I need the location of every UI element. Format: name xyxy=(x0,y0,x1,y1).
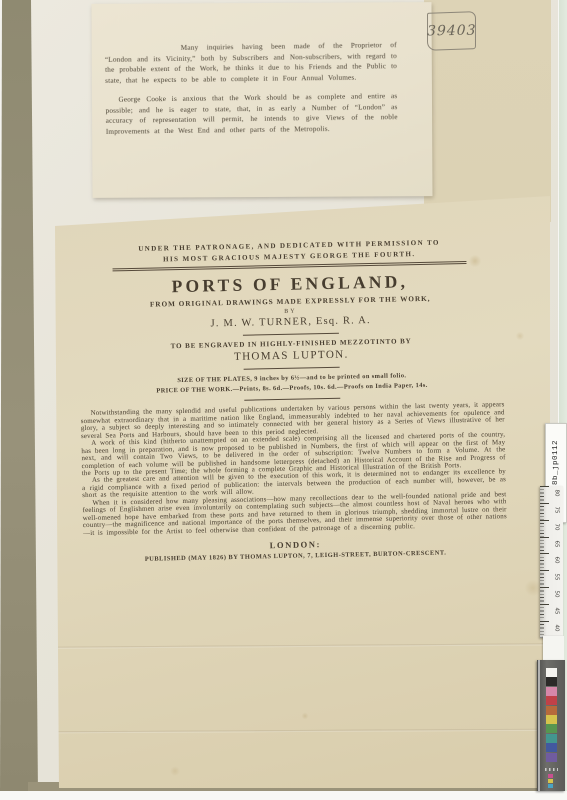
body-paragraph-4: When it is considered how many pleasing … xyxy=(82,491,507,537)
ruler-scale: 807570656055504540 xyxy=(540,486,563,638)
ruler-tick-cell: 60 xyxy=(540,553,563,570)
calibration-marks xyxy=(545,768,558,771)
color-patch xyxy=(546,743,557,752)
accession-number: 39403 xyxy=(427,23,477,40)
rule-divider-3 xyxy=(244,398,340,401)
color-patch xyxy=(546,677,557,686)
fold-crease-upper xyxy=(55,643,550,648)
color-patch xyxy=(546,668,557,677)
ruler-tick-cell: 70 xyxy=(540,520,563,537)
ruler-tick-cell: 45 xyxy=(540,604,563,621)
color-patch xyxy=(546,753,557,762)
specifications: SIZE OF THE PLATES, 9 inches by 6½—and t… xyxy=(76,370,508,398)
ruler-tick-cell: 50 xyxy=(540,587,563,604)
fold-crease-lower xyxy=(55,729,550,734)
color-patches xyxy=(546,668,557,762)
notice-card: Many inquiries having been made of the P… xyxy=(91,2,432,198)
color-calibration-bar xyxy=(537,660,565,791)
blank-sticker xyxy=(543,636,564,662)
prospectus-content: UNDER THE PATRONAGE, AND DEDICATED WITH … xyxy=(73,236,512,564)
color-patch xyxy=(546,706,557,715)
rule-divider-2 xyxy=(244,367,340,370)
scanner-edge-bottom xyxy=(0,791,567,800)
ruler-tick-cell: 55 xyxy=(540,570,563,587)
color-patch xyxy=(546,715,557,724)
color-patch xyxy=(546,696,557,705)
measurement-ruler: 807570656055504540 xyxy=(540,486,563,638)
accession-number-label: 39403 xyxy=(427,11,476,51)
color-dot xyxy=(548,784,553,788)
color-patch xyxy=(546,724,557,733)
prospectus-page: UNDER THE PATRONAGE, AND DEDICATED WITH … xyxy=(55,196,550,788)
rule-divider-1 xyxy=(243,333,339,336)
ruler-tick-cell: 65 xyxy=(540,537,563,554)
ruler-tick-cell: 80 xyxy=(540,486,563,503)
color-dots xyxy=(548,774,554,790)
notice-paragraph-1: Many inquiries having been made of the P… xyxy=(105,40,398,87)
notice-text: Many inquiries having been made of the P… xyxy=(105,40,398,137)
color-dot xyxy=(548,774,553,778)
prospectus-body: Notwithstanding the many splendid and us… xyxy=(76,402,511,538)
notice-paragraph-2: George Cooke is anxious that the Work sh… xyxy=(105,91,398,138)
document-scan: 39403 Many inquiries having been made of… xyxy=(0,0,567,800)
color-patch xyxy=(546,687,557,696)
color-dot xyxy=(548,779,553,783)
ruler-tick-cell: 75 xyxy=(540,503,563,520)
color-patch xyxy=(546,734,557,743)
